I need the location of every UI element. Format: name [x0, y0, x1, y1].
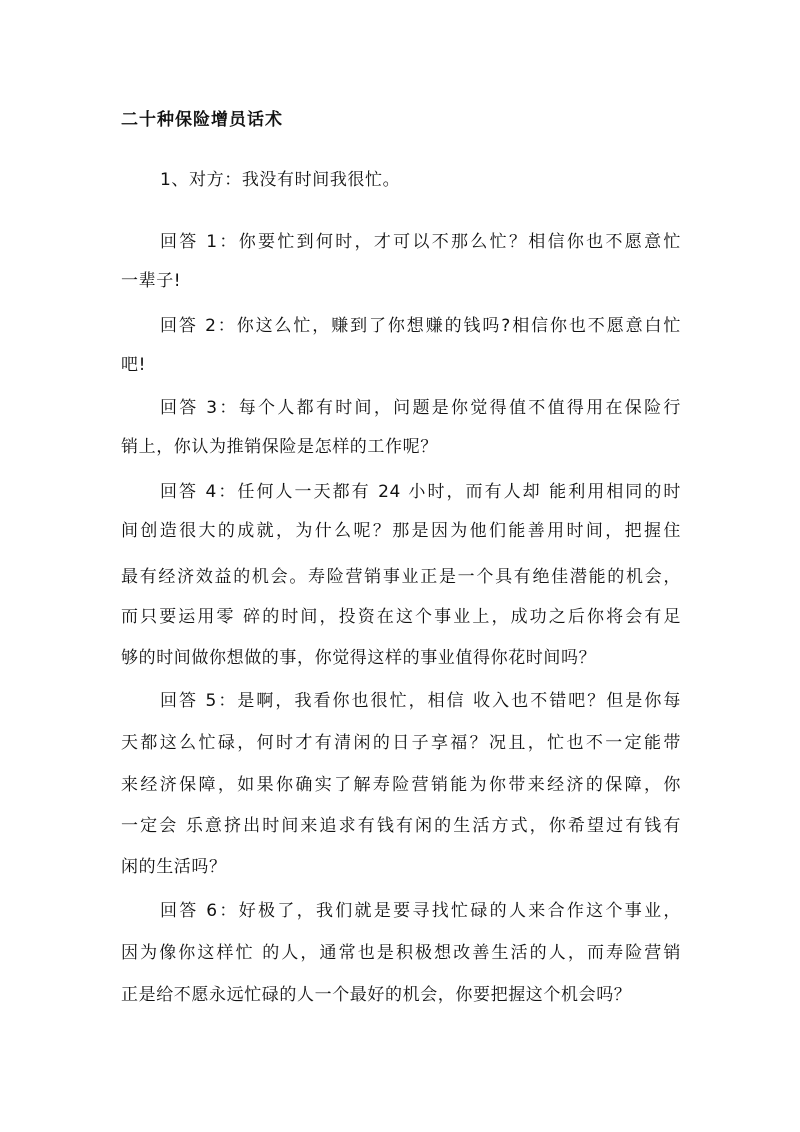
answer-4-line-4: 而只要运用零 碎的时间，投资在这个事业上，成功之后你将会有足	[121, 606, 681, 628]
answer-1-line-1: 回答 1：你要忙到何时，才可以不那么忙？相信你也不愿意忙	[160, 231, 681, 253]
answer-4-line-5: 够的时间做你想做的事，你觉得这样的事业值得你花时间吗？	[121, 647, 681, 669]
answer-5-line-1: 回答 5：是啊，我看你也很忙，相信 收入也不错吧？但是你每	[160, 690, 681, 712]
answer-5-line-4: 一定会 乐意挤出时间来追求有钱有闲的生活方式，你希望过有钱有	[121, 815, 681, 837]
answer-6-line-3: 正是给不愿永远忙碌的人一个最好的机会，你要把握这个机会吗？	[121, 984, 681, 1006]
answer-5-line-5: 闲的生活吗？	[121, 856, 681, 878]
answer-4-line-2: 间创造很大的成就，为什么呢？那是因为他们能善用时间，把握住	[121, 520, 681, 542]
document-page: 二十种保险增员话术 1、对方：我没有时间我很忙。 回答 1：你要忙到何时，才可以…	[0, 0, 800, 1132]
answer-5-line-3: 来经济保障，如果你确实了解寿险营销能为你带来经济的保障，你	[121, 774, 681, 796]
answer-5-line-2: 天都这么忙碌，何时才有清闲的日子享福？况且，忙也不一定能带	[121, 732, 681, 754]
answer-3-line-1: 回答 3：每个人都有时间，问题是你觉得值不值得用在保险行	[160, 397, 681, 419]
answer-3-line-2: 销上，你认为推销保险是怎样的工作呢？	[121, 436, 681, 458]
answer-2-line-2: 吧!	[121, 354, 681, 376]
question-1: 1、对方：我没有时间我很忙。	[160, 169, 681, 191]
answer-6-line-2: 因为像你这样忙 的人，通常也是积极想改善生活的人，而寿险营销	[121, 942, 681, 964]
answer-1-line-2: 一辈子!	[121, 270, 681, 292]
answer-4-line-3: 最有经济效益的机会。寿险营销事业正是一个具有绝佳潜能的机会，	[121, 566, 681, 588]
document-title: 二十种保险增员话术	[121, 105, 283, 130]
answer-2-line-1: 回答 2：你这么忙，赚到了你想赚的钱吗?相信你也不愿意白忙	[160, 315, 681, 337]
answer-6-line-1: 回答 6：好极了，我们就是要寻找忙碌的人来合作这个事业，	[160, 900, 681, 922]
answer-4-line-1: 回答 4：任何人一天都有 24 小时，而有人却 能利用相同的时	[160, 481, 681, 503]
